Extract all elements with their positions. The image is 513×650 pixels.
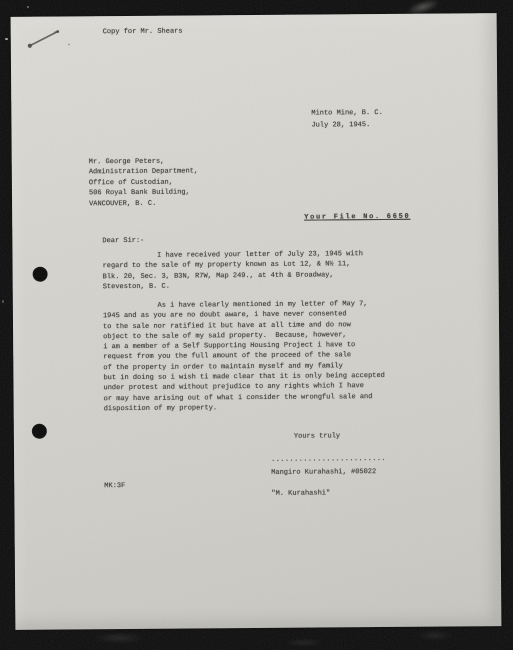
scan-speck <box>2 300 4 303</box>
signature-dotted-line: ......................... <box>271 454 386 465</box>
hole-punch-top <box>33 267 48 282</box>
salutation: Dear Sir:- <box>102 236 144 247</box>
typist-initials: MK:3F <box>104 481 125 491</box>
scan-smudge <box>416 630 454 641</box>
scan-speck <box>27 6 29 8</box>
dateline-location: Minto Mine, B. C. <box>311 108 383 119</box>
file-reference: Your File No. 6650 <box>304 212 410 223</box>
scan-speck <box>5 38 8 40</box>
letter-paper: Copy for Mr. Shears Minto Mine, B. C. Ju… <box>11 13 502 630</box>
body-paragraph-1: I have received your letter of July 23, … <box>102 249 363 292</box>
recipient-address: Mr. George Peters, Administration Depart… <box>89 156 199 209</box>
hole-punch-bottom <box>32 424 47 439</box>
closing-phrase: Yours truly <box>294 431 340 442</box>
copy-annotation: Copy for Mr. Shears <box>103 27 183 38</box>
pencil-checkmark-icon <box>25 24 77 58</box>
dateline-date: July 28, 1945. <box>311 120 370 131</box>
signature-quoted-name: "M. Kurahashi" <box>271 488 330 499</box>
body-paragraph-2: As i have clearly mentioned in my letter… <box>103 299 385 414</box>
scanned-letter-page: Copy for Mr. Shears Minto Mine, B. C. Ju… <box>0 0 513 650</box>
scan-smudge <box>283 638 325 647</box>
signature-name: Mangiro Kurahashi, #05022 <box>271 467 376 478</box>
scan-smudge <box>92 632 146 644</box>
